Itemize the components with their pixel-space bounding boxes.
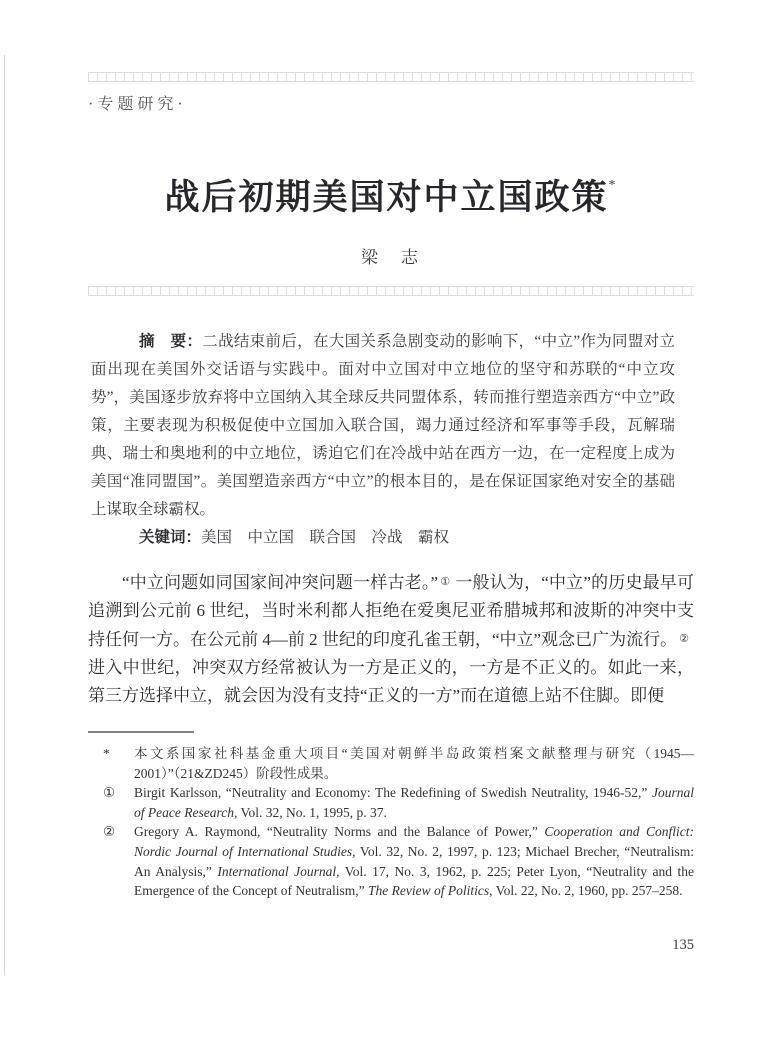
section-label: ·专题研究· <box>88 91 187 114</box>
footnote-text: 本文系国家社科基金重大项目“美国对朝鲜半岛政策档案文献整理与研究（1945—20… <box>134 744 694 783</box>
author-name: 梁 志 <box>88 243 694 268</box>
footnote-star: * 本文系国家社科基金重大项目“美国对朝鲜半岛政策档案文献整理与研究（1945—… <box>88 744 694 783</box>
footnote-2: ② Gregory A. Raymond, “Neutrality Norms … <box>88 822 694 900</box>
body-segment: 进入中世纪，冲突双方经常被认为一方是正义的，一方是不正义的。如此一来，第三方选择… <box>88 658 694 705</box>
footnote-ref-1: ① <box>440 576 450 588</box>
body-text-block: “中立问题如同国家间冲突问题一样古老。”①一般认为，“中立”的历史最早可追溯到公… <box>88 569 694 710</box>
footnote-segment: , Vol. 32, No. 1, 1995, p. 37. <box>234 805 387 820</box>
footnote-marker: ② <box>103 822 134 900</box>
ornament-border-top <box>88 72 694 82</box>
footnote-segment: Birgit Karlsson, “Neutrality and Economy… <box>134 785 652 800</box>
body-segment: “中立问题如同国家间冲突问题一样古老。” <box>122 573 438 592</box>
body-paragraph: “中立问题如同国家间冲突问题一样古老。”①一般认为，“中立”的历史最早可追溯到公… <box>88 569 694 710</box>
scan-edge-line <box>4 55 5 975</box>
abstract-block: 摘 要：二战结束前后，在大国关系急剧变动的影响下，“中立”作为同盟对立面出现在美… <box>91 328 675 552</box>
footnote-segment: 本文系国家社科基金重大项目“美国对朝鲜半岛政策档案文献整理与研究（1945—20… <box>134 746 694 781</box>
footnote-text: Birgit Karlsson, “Neutrality and Economy… <box>134 783 694 822</box>
footnote-1: ① Birgit Karlsson, “Neutrality and Econo… <box>88 783 694 822</box>
paper-title: 战后初期美国对中立国政策* <box>88 175 694 221</box>
footnote-text: Gregory A. Raymond, “Neutrality Norms an… <box>134 822 694 900</box>
journal-title: The Review of Politics <box>368 883 489 898</box>
keywords-label: 关键词： <box>139 529 201 546</box>
footnote-separator <box>88 731 194 733</box>
keywords-line: 关键词：美国 中立国 联合国 冷战 霸权 <box>91 524 675 552</box>
page-number: 135 <box>88 937 694 954</box>
ornament-border-middle <box>88 286 694 296</box>
footnote-ref-2: ② <box>679 633 689 645</box>
paper-title-text: 战后初期美国对中立国政策 <box>164 178 608 217</box>
abstract-text: 二战结束前后，在大国关系急剧变动的影响下，“中立”作为同盟对立面出现在美国外交话… <box>91 333 675 518</box>
footnote-segment: , Vol. 22, No. 2, 1960, pp. 257–258. <box>489 883 682 898</box>
footnote-segment: Gregory A. Raymond, “Neutrality Norms an… <box>134 824 544 839</box>
footnote-marker: * <box>103 744 134 783</box>
keywords-text: 美国 中立国 联合国 冷战 霸权 <box>201 529 449 546</box>
abstract-paragraph: 摘 要：二战结束前后，在大国关系急剧变动的影响下，“中立”作为同盟对立面出现在美… <box>91 328 675 524</box>
footnotes-block: * 本文系国家社科基金重大项目“美国对朝鲜半岛政策档案文献整理与研究（1945—… <box>88 744 694 901</box>
journal-page: ·专题研究· 战后初期美国对中立国政策* 梁 志 摘 要：二战结束前后，在大国关… <box>0 0 772 1063</box>
abstract-label: 摘 要： <box>139 333 202 350</box>
journal-title: International Journal <box>217 864 336 879</box>
title-footnote-marker: * <box>609 178 618 193</box>
footnote-marker: ① <box>103 783 134 822</box>
